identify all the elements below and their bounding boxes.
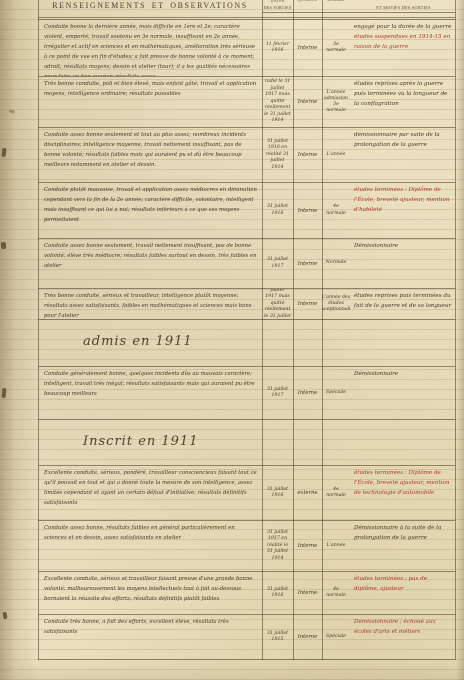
- observation-cell: Excellente conduite, sérieux et travaill…: [38, 572, 262, 614]
- motif-cell: Démissionnaire à la suite de la prolonga…: [350, 521, 455, 571]
- binding-edge: [0, 0, 38, 680]
- motif-cell: études reprises puis terminées du fait d…: [350, 289, 455, 319]
- motif-cell: engagé pour la durée de la guerreétudes …: [350, 20, 455, 76]
- motif-text: démissionnaire par suite de la prolongat…: [354, 131, 452, 151]
- motif-text: Démissionnaire à la suite de la prolonga…: [354, 524, 452, 544]
- table-row: Excellente conduite, sérieux et travaill…: [38, 572, 455, 615]
- page-title: RENSEIGNEMENTS ET OBSERVATIONS: [48, 1, 252, 10]
- page-edge: [456, 0, 464, 680]
- section-row: admis en 1911: [38, 320, 455, 367]
- motif-cell: études terminées : Diplôme de l'École, b…: [350, 183, 455, 238]
- exit-date-cell: 31 juillet 1915: [262, 615, 293, 659]
- observation-cell: Conduite plutôt mauvaise, travail et app…: [38, 183, 262, 238]
- regime-cell: Spéciale: [322, 367, 350, 419]
- observation-cell: Excellente conduite, sérieux, pondéré, t…: [38, 466, 262, 520]
- exit-date-cell: 31 juillet 1916: [262, 183, 293, 238]
- exit-date-cell: 31 juillet 1916: [262, 466, 293, 520]
- observation-cell: Très bonne conduite, sérieux et travaill…: [38, 289, 262, 319]
- motif-cell: Démissionnaire: [350, 367, 455, 419]
- section-label: admis en 1911: [38, 320, 455, 349]
- table-row: Conduite assez bonne seulement, travail …: [38, 239, 455, 289]
- qualite-cell: Interne: [293, 289, 322, 319]
- motif-cell: études reprises après la guerre puis ter…: [350, 77, 455, 127]
- regime-cell: L'année: [322, 128, 350, 182]
- register-page: RENSEIGNEMENTS ET OBSERVATIONS DATES DES…: [0, 0, 464, 680]
- qualite-cell: Interne: [293, 367, 322, 419]
- motif-text: études terminées : Diplôme de l'École, b…: [354, 186, 452, 216]
- regime-cell: L'année: [322, 521, 350, 571]
- table-row: Très bonne conduite, poli et bien élevé,…: [38, 77, 455, 128]
- table-row: Conduite généralement bonne, quelques in…: [38, 367, 455, 420]
- table-row: Conduite assez bonne, résultats faibles …: [38, 521, 455, 572]
- qualite-cell: externe: [293, 466, 322, 520]
- motif-cell: Démissionnaire: [350, 239, 455, 288]
- regime-cell: 4e normale: [322, 183, 350, 238]
- observation-cell: Conduite assez bonne seulement, travail …: [38, 239, 262, 288]
- qualite-cell: Interne: [293, 615, 322, 659]
- observation-cell: Conduite très bonne, a fait des efforts,…: [38, 615, 262, 659]
- qualite-cell: Interne: [293, 239, 322, 288]
- regime-cell: L'année des études exceptionnelle: [322, 289, 350, 319]
- regime-cell: 4e normale: [322, 572, 350, 614]
- regime-cell: L'année admission 3e normale: [322, 77, 350, 127]
- table-row: Conduite bonne la dernière année, mais d…: [38, 20, 455, 77]
- qualite-cell: Interne: [293, 77, 322, 127]
- motif-text: Démissionnaire: [354, 242, 452, 252]
- header-sub-rule: [262, 12, 455, 13]
- qualite-cell: Interne: [293, 572, 322, 614]
- register-body: Conduite bonne la dernière année, mais d…: [38, 20, 455, 660]
- observation-cell: Conduite assez bonne, résultats faibles …: [38, 521, 262, 571]
- column-header-dates: DES SORTIES: [260, 5, 295, 10]
- regime-cell: 3e normale: [322, 20, 350, 76]
- exit-date-cell: radié le 31 juillet 1917 mais quitté rée…: [262, 289, 293, 319]
- qualite-cell: Interne: [293, 128, 322, 182]
- exit-date-cell: 11 février 1916: [262, 20, 293, 76]
- section-label: Inscrit en 1911: [38, 420, 455, 449]
- motif-cell: études terminées : Diplôme de l'École, b…: [350, 466, 455, 520]
- qualite-cell: Interne: [293, 521, 322, 571]
- column-header-qualite: QUALITÉ: [293, 0, 322, 2]
- table-row: Conduite très bonne, a fait des efforts,…: [38, 615, 455, 660]
- motif-text: études reprises après la guerre puis ter…: [354, 80, 452, 110]
- exit-date-cell: 31 juillet 1916 en réalité 31 juillet 19…: [262, 128, 293, 182]
- section-row: Inscrit en 1911: [38, 420, 455, 466]
- motif-text: études reprises puis terminées du fait d…: [354, 292, 452, 312]
- observation-cell: Conduite bonne la dernière année, mais d…: [38, 20, 262, 76]
- motif-text: études terminées : Diplôme de l'École, b…: [354, 469, 452, 499]
- table-row: Très bonne conduite, sérieux et travaill…: [38, 289, 455, 320]
- qualite-cell: Interne: [293, 20, 322, 76]
- motif-text: engagé pour la durée de la guerre: [354, 23, 452, 33]
- column-header-dates-top: DATES: [262, 0, 293, 3]
- column-header-regime: RÉGIME: [322, 0, 350, 2]
- regime-cell: Spéciale: [322, 615, 350, 659]
- observation-cell: Conduite assez bonne seulement et tout a…: [38, 128, 262, 182]
- table-row: Excellente conduite, sérieux, pondéré, t…: [38, 466, 455, 521]
- header-rule: [38, 17, 455, 18]
- motif-cell: Démissionnaire ; échoué aux écoles d'art…: [350, 615, 455, 659]
- exit-date-cell: radié le 31 juillet 1917 mais quitté rée…: [262, 77, 293, 127]
- regime-cell: 4e normale: [322, 466, 350, 520]
- exit-date-cell: 31 juillet 1916: [262, 572, 293, 614]
- table-row: Conduite assez bonne seulement et tout a…: [38, 128, 455, 183]
- table-row: Conduite plutôt mauvaise, travail et app…: [38, 183, 455, 239]
- exit-date-cell: 31 juillet 1917 en réalité le 31 juillet…: [262, 521, 293, 571]
- motif-cell: démissionnaire par suite de la prolongat…: [350, 128, 455, 182]
- observation-cell: Très bonne conduite, poli et bien élevé,…: [38, 77, 262, 127]
- motif-cell: études terminées ; pas de diplôme, ajust…: [350, 572, 455, 614]
- motif-text: études terminées ; pas de diplôme, ajust…: [354, 575, 452, 595]
- exit-date-cell: 31 juillet 1917: [262, 367, 293, 419]
- regime-cell: Normale: [322, 239, 350, 288]
- motif-text: Démissionnaire: [354, 370, 452, 380]
- grid-line-right: [455, 0, 456, 660]
- observation-cell: Conduite généralement bonne, quelques in…: [38, 367, 262, 419]
- page-bottom-shading: [0, 658, 464, 680]
- motif-text: Démissionnaire ; échoué aux écoles d'art…: [354, 618, 452, 638]
- qualite-cell: Interne: [293, 183, 322, 238]
- exit-date-cell: 31 juillet 1917: [262, 239, 293, 288]
- binding-mark: [1, 242, 7, 249]
- column-header-motifs: ET MOTIFS DES SORTIES: [352, 5, 455, 10]
- motif-text: études suspendues en 1914-15 en raison d…: [354, 33, 452, 53]
